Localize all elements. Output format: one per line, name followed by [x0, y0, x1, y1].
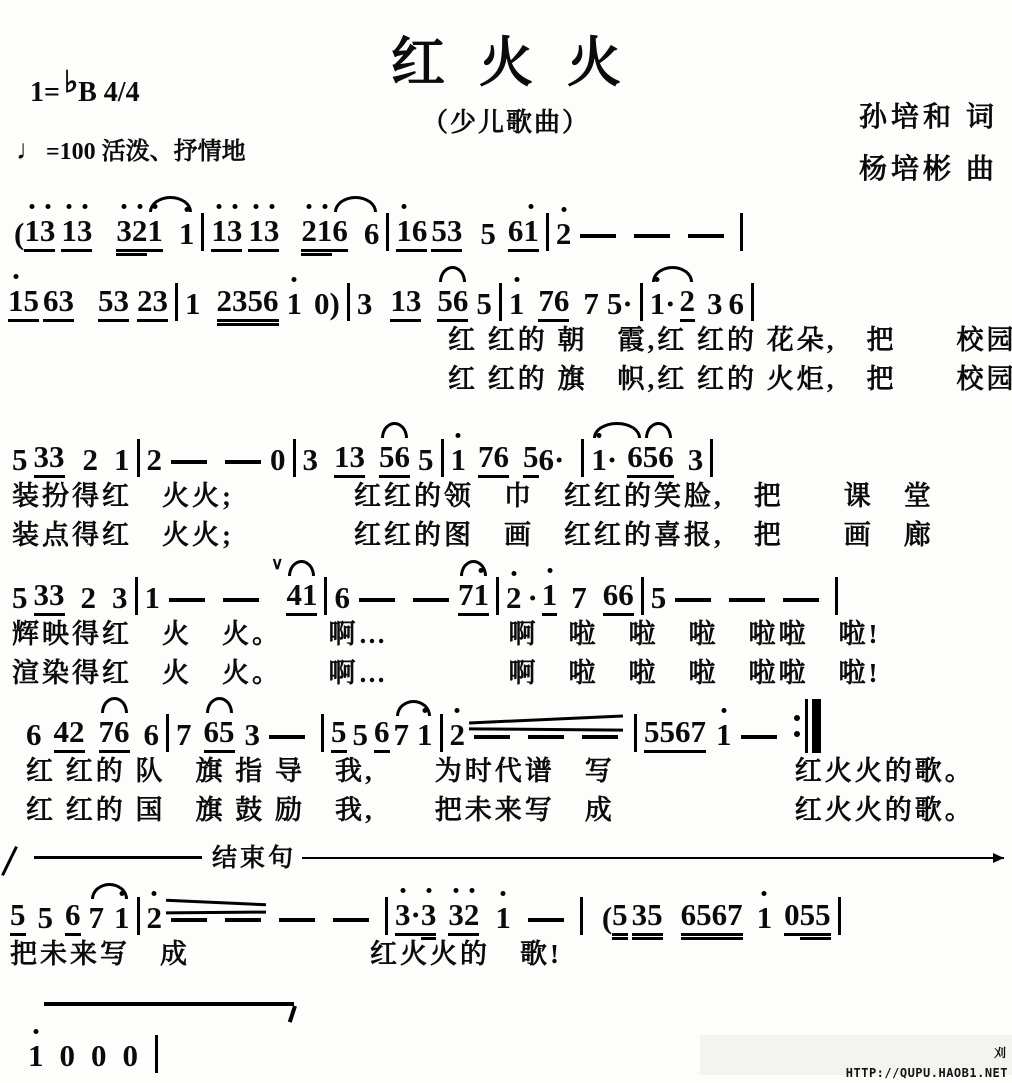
note-char: 3 — [227, 215, 243, 246]
repeat-sign — [794, 699, 821, 753]
note-token: 2 — [680, 285, 696, 322]
note-token: 6 — [364, 218, 380, 252]
music-system-7: 1000 — [28, 1014, 165, 1074]
note-char: 6 — [658, 441, 674, 472]
barline — [640, 283, 643, 321]
note-token: 7 — [571, 582, 587, 616]
note-char: 5 — [248, 285, 264, 316]
barline — [546, 213, 549, 251]
note-char: 6 — [26, 719, 42, 750]
note-char: 6 — [65, 899, 81, 930]
note-token: 1 — [185, 288, 201, 322]
note-token: 0 — [270, 444, 286, 478]
barline — [386, 213, 389, 251]
note-char: 1 — [523, 215, 539, 246]
note-char: 2 — [680, 285, 696, 316]
note-char: 1 — [114, 444, 130, 475]
note-char: 2 — [556, 218, 572, 249]
note-char: 1 — [185, 288, 201, 319]
note-char: 1 — [317, 215, 333, 246]
note-char: 3 — [395, 899, 411, 930]
dash-note — [528, 735, 564, 739]
note-token: 32 — [116, 215, 147, 252]
breath-mark-icon: ∨ — [271, 554, 283, 574]
note-token: 13 — [61, 215, 92, 252]
note-char: 2 — [81, 582, 97, 613]
note-char: 0 — [123, 1040, 139, 1071]
note-char: 5 — [696, 899, 712, 930]
note-char: 5 — [612, 899, 628, 930]
note-token: 6· — [539, 444, 565, 478]
note-token: 2 — [450, 719, 466, 753]
note-char: 5 — [644, 716, 660, 747]
barline — [175, 283, 178, 321]
note-char: 1 — [334, 441, 350, 472]
note-char: 6 — [675, 716, 691, 747]
slur-group: 11 — [147, 215, 194, 252]
note-token: 6 — [26, 719, 42, 753]
note-char: ( — [14, 218, 24, 249]
note-token: 1 — [417, 719, 433, 753]
note-char: 1 — [650, 288, 666, 319]
note-char: 1 — [8, 285, 24, 316]
barline — [135, 577, 138, 615]
lyrics-line: 渲染得红 火 火。 啊… 啊 啦 啦 啦 啦啦 啦! — [12, 651, 881, 690]
note-token: 67 — [675, 716, 706, 753]
dash-note — [171, 918, 207, 922]
note-token: 2 — [81, 582, 97, 616]
slur-group: 66 — [332, 215, 379, 252]
note-char: 3 — [112, 582, 128, 613]
lyrics-line: 红 红的 朝 霞,红 红的 花朵, 把 校园 — [448, 318, 1012, 357]
note-char: · — [622, 288, 632, 319]
music-system-3: 533212031356517656·1·6563 — [12, 418, 720, 478]
dash-note — [225, 918, 261, 922]
dash-note — [582, 735, 618, 739]
note-token: 1 — [179, 218, 195, 252]
note-token: 0 — [60, 1040, 76, 1074]
lyrics-line: 红 红的 队 旗 指 导 我, 为时代谱 写 红火火的歌。 — [26, 749, 975, 788]
note-token: 1 — [716, 719, 732, 753]
music-system-4: 533231∨416712·17665 — [12, 556, 845, 616]
note-token: 5 — [38, 902, 54, 936]
note-token: 2 — [83, 444, 99, 478]
note-char: 1 — [390, 285, 406, 316]
barline — [440, 714, 443, 752]
note-char: 5 — [431, 215, 447, 246]
note-token: 32 — [448, 899, 479, 936]
barline — [496, 577, 499, 615]
dash-note — [413, 598, 449, 602]
dash-note — [359, 598, 395, 602]
note-char: 5 — [219, 716, 235, 747]
note-token: 56 — [643, 441, 674, 478]
repeat-dot — [794, 731, 800, 737]
note-char: 5 — [647, 899, 663, 930]
note-token: 6567 — [681, 899, 743, 936]
note-char: 7 — [727, 899, 743, 930]
note-token: 56 — [437, 285, 468, 322]
note-token: 1 — [495, 902, 511, 936]
note-char: 5 — [38, 902, 54, 933]
note-token: 1· — [650, 288, 676, 322]
note-char: 1 — [61, 215, 77, 246]
note-char: · — [411, 899, 421, 930]
note-char: 7 — [571, 582, 587, 613]
note-token: 35 — [632, 899, 663, 936]
note-token: 7 — [176, 719, 192, 753]
note-char: 6 — [334, 582, 350, 613]
note-char: 1 — [716, 719, 732, 750]
note-token: 13 — [334, 441, 365, 478]
note-token: 2 — [506, 582, 522, 616]
note-token: ( — [14, 218, 24, 252]
dash-note — [580, 234, 616, 238]
barline — [835, 577, 838, 615]
note-char: 3 — [77, 215, 93, 246]
note-char: 5 — [800, 899, 816, 930]
note-char: 1 — [591, 444, 607, 475]
note-char: 3 — [34, 579, 50, 610]
note-char: 7 — [458, 579, 474, 610]
note-char: 1 — [302, 579, 318, 610]
note-char: 5 — [476, 288, 492, 319]
barline — [641, 577, 644, 615]
music-system-6: 5567123·3321(53565671055 — [10, 876, 848, 936]
note-char: 2 — [217, 285, 233, 316]
note-token: 1 — [114, 444, 130, 478]
note-token: 55 — [644, 716, 675, 753]
note-token: 1 — [28, 1040, 44, 1074]
note-char: 2 — [137, 285, 153, 316]
note-token: 6 — [144, 719, 160, 753]
note-token: 6 — [729, 288, 745, 322]
repeat-thin-bar — [805, 699, 808, 753]
note-char: 5 — [10, 899, 26, 930]
note-char: 5 — [660, 716, 676, 747]
note-token: ) — [330, 288, 340, 322]
note-token: 5 — [418, 444, 434, 478]
slur-group: 1·6 — [591, 441, 642, 478]
score: (131332111313216616535612156353231235610… — [0, 0, 1012, 1083]
note-char: 3 — [357, 288, 373, 319]
note-char: 0 — [314, 288, 330, 319]
note-token: 13 — [390, 285, 421, 322]
note-char: 1 — [145, 582, 161, 613]
note-token: ( — [602, 902, 612, 936]
barline — [441, 439, 444, 477]
note-char: 6 — [412, 215, 428, 246]
barline — [166, 714, 169, 752]
barline — [324, 577, 327, 615]
ending-section-divider: 结束句 — [6, 845, 1006, 879]
note-char: 0 — [91, 1040, 107, 1071]
note-char: 3 — [34, 441, 50, 472]
note-token: 33 — [34, 579, 65, 616]
note-token: 1 — [509, 288, 525, 322]
slur-group: 1·2 — [650, 285, 695, 322]
note-token: 55 — [800, 899, 831, 936]
lyrics-line: 装点得红 火火; 红红的图 画 红红的喜报, 把 画 廊 — [12, 513, 934, 552]
note-token: 1 — [114, 902, 130, 936]
note-token: 76 — [478, 441, 509, 478]
note-char: 7 — [691, 716, 707, 747]
note-char: 5 — [24, 285, 40, 316]
note-token: 6 — [332, 215, 348, 252]
note-char: 7 — [583, 288, 599, 319]
note-char: 6 — [712, 899, 728, 930]
note-token: 71 — [458, 579, 489, 616]
note-char: 2 — [69, 716, 85, 747]
note-token: · — [527, 582, 537, 616]
note-char: 5 — [815, 899, 831, 930]
note-char: 6 — [374, 716, 390, 747]
note-char: 3 — [707, 288, 723, 319]
lyrics-line: 红 红的 国 旗 鼓 励 我, 把未来写 成 红火火的歌。 — [26, 788, 975, 827]
note-char: 1 — [396, 215, 412, 246]
note-char: 7 — [89, 902, 105, 933]
note-char: 1 — [542, 579, 558, 610]
note-char: 3 — [406, 285, 422, 316]
note-char: 3 — [40, 215, 56, 246]
note-token: 53 — [431, 215, 462, 252]
note-token: 65 — [204, 716, 235, 753]
note-char: 7 — [478, 441, 494, 472]
note-token: 33 — [34, 441, 65, 478]
note-char: 1 — [28, 1040, 44, 1071]
dash-note — [223, 598, 259, 602]
note-char: 5 — [418, 444, 434, 475]
lyrics-line: 把未来写 成 红火火的 歌! — [10, 932, 562, 971]
note-token: 5 — [523, 441, 539, 478]
note-char: 2 — [450, 719, 466, 750]
note-token: 21 — [301, 215, 332, 252]
note-char: 1 — [248, 215, 264, 246]
note-char: ) — [330, 288, 340, 319]
watermark-glyph: 刈 — [994, 1044, 1006, 1061]
note-char: 6 — [364, 218, 380, 249]
barline — [710, 439, 713, 477]
dash-note — [528, 918, 564, 922]
note-token: 56 — [379, 441, 410, 478]
note-token: 5 — [476, 288, 492, 322]
divider-line-left — [34, 856, 202, 859]
note-token: 6 — [374, 716, 390, 753]
note-char: 7 — [394, 719, 410, 750]
note-char: 2 — [506, 582, 522, 613]
barline — [137, 897, 140, 935]
note-char: 1 — [757, 902, 773, 933]
slur-group: 71 — [394, 719, 433, 753]
note-token: 53 — [98, 285, 129, 322]
note-char: 3 — [303, 444, 319, 475]
note-char: 7 — [538, 285, 554, 316]
note-token: 23 — [137, 285, 168, 322]
dash-note — [675, 598, 711, 602]
lyrics-line: 红 红的 旗 帜,红 红的 火炬, 把 校园 — [448, 357, 1012, 396]
note-char: 2 — [83, 444, 99, 475]
note-char: 1 — [473, 579, 489, 610]
note-char: 1 — [451, 444, 467, 475]
note-char: 6 — [627, 441, 643, 472]
note-token: 3 — [245, 719, 261, 753]
note-char: 1 — [509, 288, 525, 319]
note-token: 6 — [627, 441, 643, 478]
note-char: 3 — [448, 899, 464, 930]
dash-note — [333, 918, 369, 922]
note-char: 5 — [523, 441, 539, 472]
note-char: 5 — [12, 582, 28, 613]
note-char: 5 — [643, 441, 659, 472]
note-char: 7 — [176, 719, 192, 750]
note-char: 3 — [350, 441, 366, 472]
note-char: 3 — [49, 579, 65, 610]
dash-note — [279, 918, 315, 922]
note-char: 1 — [211, 215, 227, 246]
note-char: 1 — [179, 218, 195, 249]
dash-note — [269, 735, 305, 739]
note-char: 3 — [153, 285, 169, 316]
note-token: 5· — [607, 288, 633, 322]
note-char: 3 — [264, 215, 280, 246]
note-token: 0 — [784, 899, 800, 936]
phrase-line — [44, 1002, 294, 1006]
note-char: 2 — [464, 899, 480, 930]
note-char: 5 — [607, 288, 623, 319]
note-char: 3 — [421, 899, 437, 930]
barline — [201, 213, 204, 251]
barline — [751, 283, 754, 321]
note-token: 5 — [353, 719, 369, 753]
note-token: 13 — [211, 215, 242, 252]
note-char: 2 — [132, 215, 148, 246]
barline — [293, 439, 296, 477]
note-char: 6 — [43, 285, 59, 316]
note-char: 3 — [245, 719, 261, 750]
barline — [581, 439, 584, 477]
note-char: 1 — [24, 215, 40, 246]
note-token: 6 — [65, 899, 81, 936]
note-token: 0 — [314, 288, 330, 322]
note-char: 1 — [417, 719, 433, 750]
note-char: 1 — [495, 902, 511, 933]
note-token: 1 — [145, 582, 161, 616]
note-char: 2 — [301, 215, 317, 246]
note-token: 63 — [43, 285, 74, 322]
note-char: · — [527, 582, 537, 613]
note-token: 5 — [612, 899, 628, 936]
note-token: 13 — [24, 215, 55, 252]
note-char: 0 — [60, 1040, 76, 1071]
note-char: 4 — [54, 716, 70, 747]
barline — [137, 439, 140, 477]
note-char: 3 — [632, 899, 648, 930]
note-char: 6 — [729, 288, 745, 319]
note-char: 6 — [603, 579, 619, 610]
note-token: 15 — [8, 285, 39, 322]
barline — [321, 714, 324, 752]
repeat-dots — [794, 715, 800, 737]
note-token: 7 — [583, 288, 599, 322]
barline — [385, 897, 388, 935]
note-char: 3 — [59, 285, 75, 316]
note-char: · — [554, 444, 564, 475]
note-char: 5 — [12, 444, 28, 475]
dash-note — [783, 598, 819, 602]
note-char: 3 — [447, 215, 463, 246]
note-token: 2 — [556, 218, 572, 252]
note-char: 0 — [784, 899, 800, 930]
dash-note — [169, 598, 205, 602]
note-token: 1 — [451, 444, 467, 478]
barline — [580, 897, 583, 935]
barline — [740, 213, 743, 251]
note-token: 2 — [147, 902, 163, 936]
note-char: 5 — [331, 716, 347, 747]
music-system-2: 156353231235610)31356517675·1·236 — [8, 262, 761, 322]
note-token: 3 — [303, 444, 319, 478]
divider-line-right — [302, 857, 1004, 859]
barline — [634, 714, 637, 752]
note-token: 0 — [123, 1040, 139, 1074]
note-token: 1· — [591, 444, 617, 478]
note-char: 1 — [114, 902, 130, 933]
note-char: 3 — [114, 285, 130, 316]
note-char: 6 — [508, 215, 524, 246]
note-char: 6 — [144, 719, 160, 750]
note-token: 76 — [99, 716, 130, 753]
note-token: 41 — [286, 579, 317, 616]
note-token: 1 — [757, 902, 773, 936]
note-char: 4 — [286, 579, 302, 610]
note-token: 76 — [538, 285, 569, 322]
note-token: 5 — [651, 582, 667, 616]
note-char: 3 — [116, 215, 132, 246]
note-char: ( — [602, 902, 612, 933]
dash-note — [729, 598, 765, 602]
note-char: · — [665, 288, 675, 319]
note-char: 6 — [332, 215, 348, 246]
note-char: 5 — [651, 582, 667, 613]
note-char: 5 — [480, 218, 496, 249]
note-char: 6 — [114, 716, 130, 747]
note-token: 16 — [396, 215, 427, 252]
note-token: 3· — [395, 899, 421, 936]
note-token: 1 — [287, 288, 303, 322]
note-char: 6 — [395, 441, 411, 472]
note-char: 3 — [49, 441, 65, 472]
note-char: 6 — [494, 441, 510, 472]
note-token: 7 — [89, 902, 105, 936]
dash-note — [225, 460, 261, 464]
barline — [499, 283, 502, 321]
note-token: 0 — [91, 1040, 107, 1074]
dash-note — [171, 460, 207, 464]
note-token: 61 — [508, 215, 539, 252]
note-token: 5 — [10, 899, 26, 936]
note-char: 6 — [263, 285, 279, 316]
note-char: 1 — [147, 215, 163, 246]
dash-note — [688, 234, 724, 238]
dash-note — [741, 735, 777, 739]
note-token: 3 — [707, 288, 723, 322]
note-token: 3 — [112, 582, 128, 616]
note-token: 7 — [394, 719, 410, 753]
note-token: 5 — [480, 218, 496, 252]
repeat-dot — [794, 715, 800, 721]
repeat-thick-bar — [812, 699, 821, 753]
note-char: 3 — [232, 285, 248, 316]
